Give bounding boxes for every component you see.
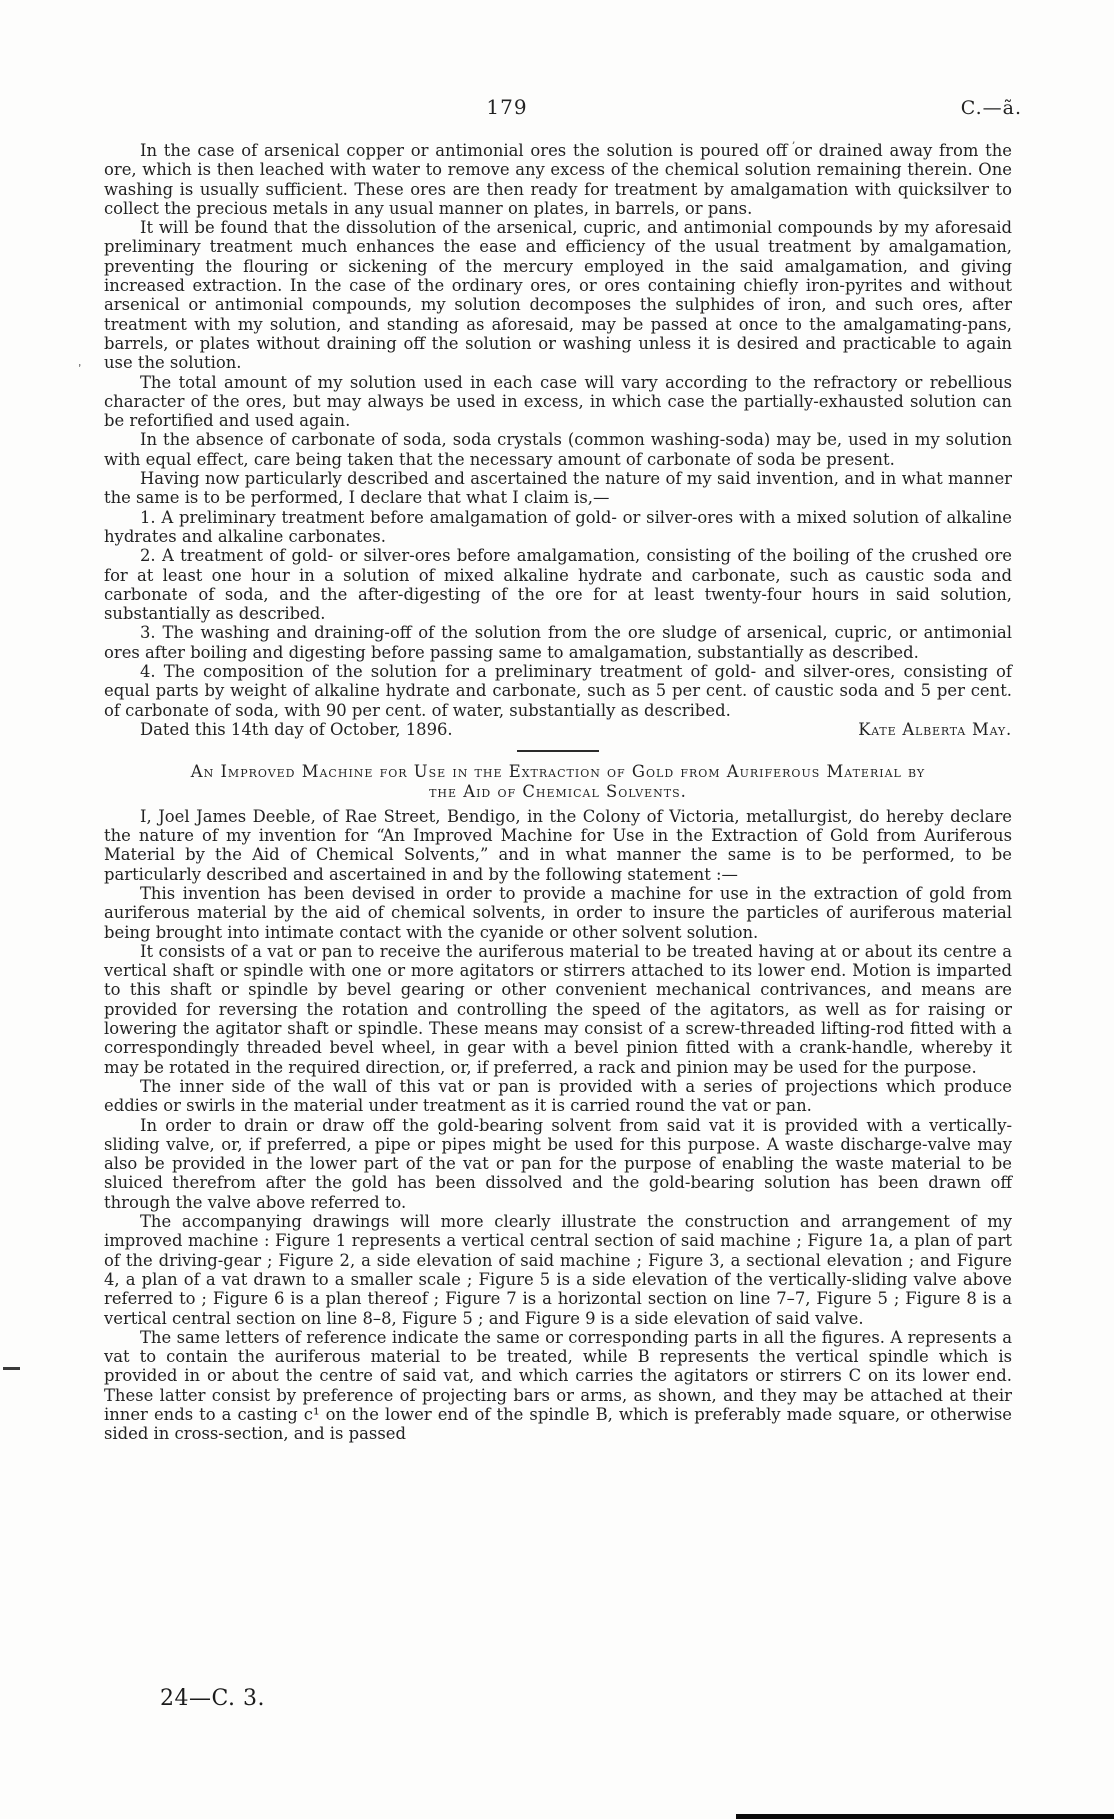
paragraph: It will be found that the dissolution of… (104, 218, 1012, 372)
paragraph: Having now particularly described and as… (104, 469, 1012, 508)
patent-title-line-1: An Improved Machine for Use in the Extra… (104, 762, 1012, 781)
dated-line: Dated this 14th day of October, 1896. (104, 720, 453, 739)
paragraph: In order to drain or draw off the gold-b… (104, 1116, 1012, 1212)
header-document-code: C.—ã. (961, 97, 1022, 119)
paragraph-figure-list: The accompanying drawings will more clea… (104, 1212, 1012, 1328)
scan-artifact-speck: , (792, 133, 796, 146)
patent-title: An Improved Machine for Use in the Extra… (104, 762, 1012, 801)
scan-artifact-bottom-edge (736, 1814, 1114, 1819)
paragraph: In the absence of carbonate of soda, sod… (104, 430, 1012, 469)
paragraph: This invention has been devised in order… (104, 884, 1012, 942)
page-body: In the case of arsenical copper or antim… (104, 141, 1012, 1444)
claim-1: 1. A preliminary treatment before amalga… (104, 508, 1012, 547)
claim-4: 4. The composition of the solution for a… (104, 662, 1012, 720)
dated-signature-row: Dated this 14th day of October, 1896. Ka… (104, 720, 1012, 739)
scanned-document-page: 179 C.—ã. In the case of arsenical coppe… (0, 0, 1114, 1819)
paragraph: The total amount of my solution used in … (104, 373, 1012, 431)
claim-2: 2. A treatment of gold- or silver-ores b… (104, 546, 1012, 623)
paragraph-reference-letters: The same letters of reference indicate t… (104, 1328, 1012, 1444)
section-divider-rule (517, 750, 599, 752)
scan-artifact-margin-dash (3, 1367, 20, 1370)
signature-kate-alberta-may: Kate Alberta May. (858, 720, 1012, 739)
paragraph: In the case of arsenical copper or antim… (104, 141, 1012, 218)
scan-artifact-speck: ’ (77, 362, 84, 375)
footer-signature-mark: 24—C. 3. (160, 1686, 265, 1711)
paragraph: I, Joel James Deeble, of Rae Street, Ben… (104, 807, 1012, 884)
paragraph: The inner side of the wall of this vat o… (104, 1077, 1012, 1116)
patent-title-line-2: the Aid of Chemical Solvents. (104, 782, 1012, 801)
claim-3: 3. The washing and draining-off of the s… (104, 623, 1012, 662)
paragraph: It consists of a vat or pan to receive t… (104, 942, 1012, 1077)
page-number: 179 (452, 95, 562, 119)
